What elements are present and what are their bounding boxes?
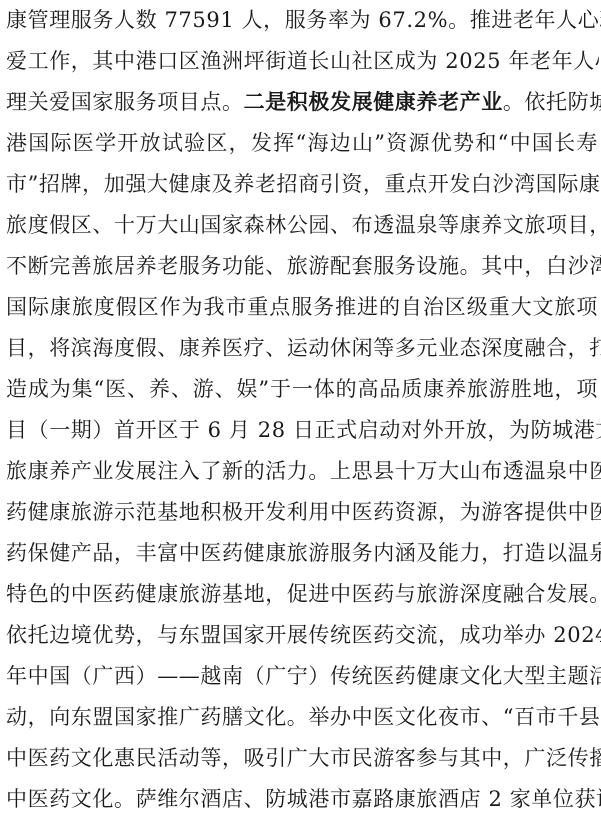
text-line: 药保健产品，丰富中医药健康旅游服务内涵及能力，打造以温泉	[6, 533, 598, 574]
text-line: 旅度假区、十万大山国家森林公园、布透温泉等康养文旅项目，	[6, 205, 598, 246]
text-line: 造成为集“医、养、游、娱”于一体的高品质康养旅游胜地，项	[6, 369, 598, 410]
text-line: 药健康旅游示范基地积极开发利用中医药资源，为游客提供中医	[6, 492, 598, 533]
text-line: 康管理服务人数 77591 人，服务率为 67.2%。推进老年人心理关	[6, 0, 598, 41]
text-line: 港国际医学开放试验区，发挥“海边山”资源优势和“中国长寿	[6, 123, 598, 164]
text-span: 理关爱国家服务项目点。	[6, 90, 244, 114]
text-line: 国际康旅度假区作为我市重点服务推进的自治区级重大文旅项	[6, 287, 598, 328]
document-page: 康管理服务人数 77591 人，服务率为 67.2%。推进老年人心理关 爱工作，…	[0, 0, 601, 818]
text-line: 旅康养产业发展注入了新的活力。上思县十万大山布透温泉中医	[6, 451, 598, 492]
text-span: 。依托防城	[503, 90, 601, 114]
text-line: 中医药文化。萨维尔酒店、防城港市嘉路康旅酒店 2 家单位获评	[6, 779, 598, 818]
text-line: 目（一期）首开区于 6 月 28 日正式启动对外开放，为防城港文	[6, 410, 598, 451]
text-line: 市”招牌，加强大健康及养老招商引资，重点开发白沙湾国际康	[6, 164, 598, 205]
bold-heading-text: 二是积极发展健康养老产业	[244, 90, 503, 114]
text-line: 中医药文化惠民活动等，吸引广大市民游客参与其中，广泛传播	[6, 738, 598, 779]
text-line: 理关爱国家服务项目点。二是积极发展健康养老产业。依托防城	[6, 82, 598, 123]
text-line: 特色的中医药健康旅游基地，促进中医药与旅游深度融合发展。	[6, 574, 598, 615]
text-line: 目，将滨海度假、康养医疗、运动休闲等多元业态深度融合，打	[6, 328, 598, 369]
text-line: 年中国（广西）——越南（广宁）传统医药健康文化大型主题活	[6, 656, 598, 697]
text-line: 不断完善旅居养老服务功能、旅游配套服务设施。其中，白沙湾	[6, 246, 598, 287]
text-line: 动，向东盟国家推广药膳文化。举办中医文化夜市、“百市千县”	[6, 697, 598, 738]
text-line: 依托边境优势，与东盟国家开展传统医药交流，成功举办 2024	[6, 615, 598, 656]
text-line: 爱工作，其中港口区渔洲坪街道长山社区成为 2025 年老年人心	[6, 41, 598, 82]
